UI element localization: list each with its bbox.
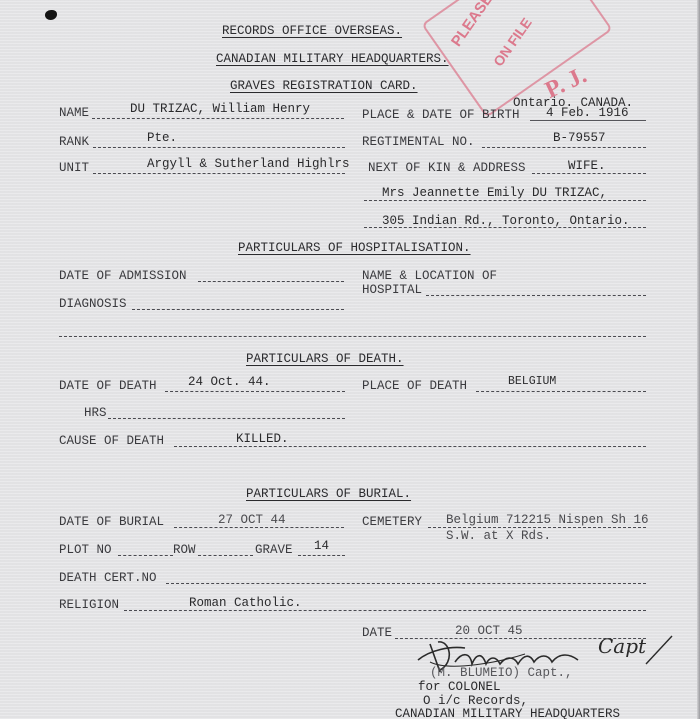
header-title: GRAVES REGISTRATION CARD. [230,79,418,93]
signer-hq: CANADIAN MILITARY HEADQUARTERS [395,707,620,719]
grave-label: GRAVE [255,543,293,557]
cemetery-value-2: S.W. at X Rds. [446,529,551,543]
diagnosis-label: DIAGNOSIS [59,297,127,311]
death-heading: PARTICULARS OF DEATH. [246,352,404,366]
rank-field-line [93,147,345,148]
row-label: ROW [173,543,196,557]
hospital-field-line [426,295,646,296]
regimental-value: B-79557 [553,131,606,145]
signer-name: (M. BLUMEIO) Capt., [430,666,573,680]
punch-hole [45,10,57,20]
cause-label: CAUSE OF DEATH [59,434,164,448]
death-place-line [476,391,646,392]
burial-date-line [174,527,344,528]
kin-label: NEXT OF KIN & ADDRESS [368,161,526,175]
birth-field-line [530,120,646,121]
rank-value: Pte. [147,131,177,145]
unit-field-line [93,173,345,174]
religion-value: Roman Catholic. [189,596,302,610]
kin-name-line [364,200,646,201]
hrs-line [108,418,345,419]
signer-role: for COLONEL [418,680,501,694]
name-label: NAME [59,106,89,120]
birth-label: PLACE & DATE OF BIRTH [362,108,520,122]
kin-name-value: Mrs Jeannette Emily DU TRIZAC, [382,186,607,200]
death-place-label: PLACE OF DEATH [362,379,467,393]
death-cert-line [166,583,646,584]
diagnosis-field-line [132,309,344,310]
regimental-label: REGTIMENTAL NO. [362,135,475,149]
kin-field-line [532,173,646,174]
regimental-field-line [482,147,646,148]
birth-date-value: 4 Feb. 1916 [546,106,629,120]
burial-date-value: 27 OCT 44 [218,513,286,527]
death-date-line [165,391,345,392]
grave-value: 14 [314,539,329,553]
cause-line [174,446,646,447]
row-line [198,555,253,556]
admission-label: DATE OF ADMISSION [59,269,187,283]
rank-label: RANK [59,135,89,149]
hrs-label: HRS [84,406,107,420]
hospital-label-1: NAME & LOCATION OF [362,269,497,283]
death-place-value: BELGIUM [508,375,556,388]
plot-label: PLOT NO [59,543,112,557]
cemetery-label: CEMETERY [362,515,422,529]
cemetery-value-1: Belgium 712215 Nispen Sh 16 [446,513,649,527]
religion-label: RELIGION [59,598,119,612]
burial-date-label: DATE OF BURIAL [59,515,164,529]
grave-line [298,555,345,556]
unit-value: Argyll & Sutherland Highlrs [147,157,350,171]
kin-relation-value: WIFE. [568,159,606,173]
death-date-value: 24 Oct. 44. [188,375,271,389]
religion-line [124,610,646,611]
diagnosis-extra-line [59,336,646,337]
admission-field-line [198,281,344,282]
plot-line [118,555,173,556]
footer-date-label: DATE [362,626,392,640]
header-line-2: CANADIAN MILITARY HEADQUARTERS. [216,52,449,66]
hospitalisation-heading: PARTICULARS OF HOSPITALISATION. [238,241,471,255]
cemetery-line [428,527,646,528]
name-value: DU TRIZAC, William Henry [130,102,310,116]
signature-capt: Capt [598,634,646,658]
header-line-1: RECORDS OFFICE OVERSEAS. [222,24,402,38]
hospital-label-2: HOSPITAL [362,283,422,297]
kin-address-value: 305 Indian Rd., Toronto, Ontario. [382,214,630,228]
cause-value: KILLED. [236,432,289,446]
name-field-line [92,118,344,119]
death-date-label: DATE OF DEATH [59,379,157,393]
death-cert-label: DEATH CERT.NO [59,571,157,585]
burial-heading: PARTICULARS OF BURIAL. [246,487,411,501]
unit-label: UNIT [59,161,89,175]
signer-office: O i/c Records, [423,694,528,708]
